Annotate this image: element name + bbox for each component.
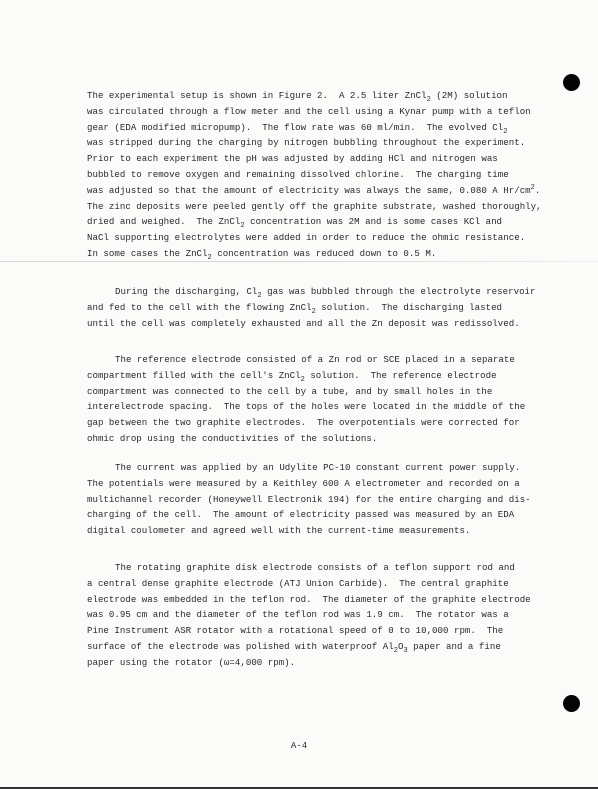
- text-line: gear (EDA modified micropump). The flow …: [87, 120, 567, 136]
- text-line: a central dense graphite electrode (ATJ …: [87, 576, 567, 592]
- paragraph-current: The current was applied by an Udylite PC…: [87, 460, 567, 539]
- text-line: compartment was connected to the cell by…: [87, 384, 567, 400]
- text-line: electrode was embedded in the teflon rod…: [87, 592, 567, 608]
- text-line: The experimental setup is shown in Figur…: [87, 88, 567, 104]
- text-line: until the cell was completely exhausted …: [87, 316, 567, 332]
- text-line: The current was applied by an Udylite PC…: [87, 460, 567, 476]
- paragraph-discharging: During the discharging, Cl2 gas was bubb…: [87, 284, 567, 331]
- paragraph-setup: The experimental setup is shown in Figur…: [87, 88, 567, 262]
- text-line: ohmic drop using the conductivities of t…: [87, 431, 567, 447]
- text-line: multichannel recorder (Honeywell Electro…: [87, 492, 567, 508]
- document-page: The experimental setup is shown in Figur…: [0, 0, 598, 789]
- text-line: During the discharging, Cl2 gas was bubb…: [87, 284, 567, 300]
- text-line: The zinc deposits were peeled gently off…: [87, 199, 567, 215]
- text-line: gap between the two graphite electrodes.…: [87, 415, 567, 431]
- text-line: Prior to each experiment the pH was adju…: [87, 151, 567, 167]
- text-line: and fed to the cell with the flowing ZnC…: [87, 300, 567, 316]
- text-line: was circulated through a flow meter and …: [87, 104, 567, 120]
- paragraph-reference-electrode: The reference electrode consisted of a Z…: [87, 352, 567, 447]
- text-line: The reference electrode consisted of a Z…: [87, 352, 567, 368]
- text-line: was stripped during the charging by nitr…: [87, 135, 567, 151]
- text-line: was adjusted so that the amount of elect…: [87, 183, 567, 199]
- punch-hole-bottom: [563, 695, 580, 712]
- text-line: NaCl supporting electrolytes were added …: [87, 230, 567, 246]
- text-line: compartment filled with the cell's ZnCl2…: [87, 368, 567, 384]
- page-number: A-4: [0, 741, 598, 751]
- paragraph-rotating-disk: The rotating graphite disk electrode con…: [87, 560, 567, 671]
- text-line: charging of the cell. The amount of elec…: [87, 507, 567, 523]
- text-line: was 0.95 cm and the diameter of the tefl…: [87, 607, 567, 623]
- text-line: surface of the electrode was polished wi…: [87, 639, 567, 655]
- text-line: paper using the rotator (ω=4,000 rpm).: [87, 655, 567, 671]
- text-line: The potentials were measured by a Keithl…: [87, 476, 567, 492]
- text-line: Pine Instrument ASR rotator with a rotat…: [87, 623, 567, 639]
- text-line: interelectrode spacing. The tops of the …: [87, 399, 567, 415]
- text-line: bubbled to remove oxygen and remaining d…: [87, 167, 567, 183]
- text-line: digital coulometer and agreed well with …: [87, 523, 567, 539]
- text-line: The rotating graphite disk electrode con…: [87, 560, 567, 576]
- text-line: dried and weighed. The ZnCl2 concentrati…: [87, 214, 567, 230]
- text-line: In some cases the ZnCl2 concentration wa…: [87, 246, 567, 262]
